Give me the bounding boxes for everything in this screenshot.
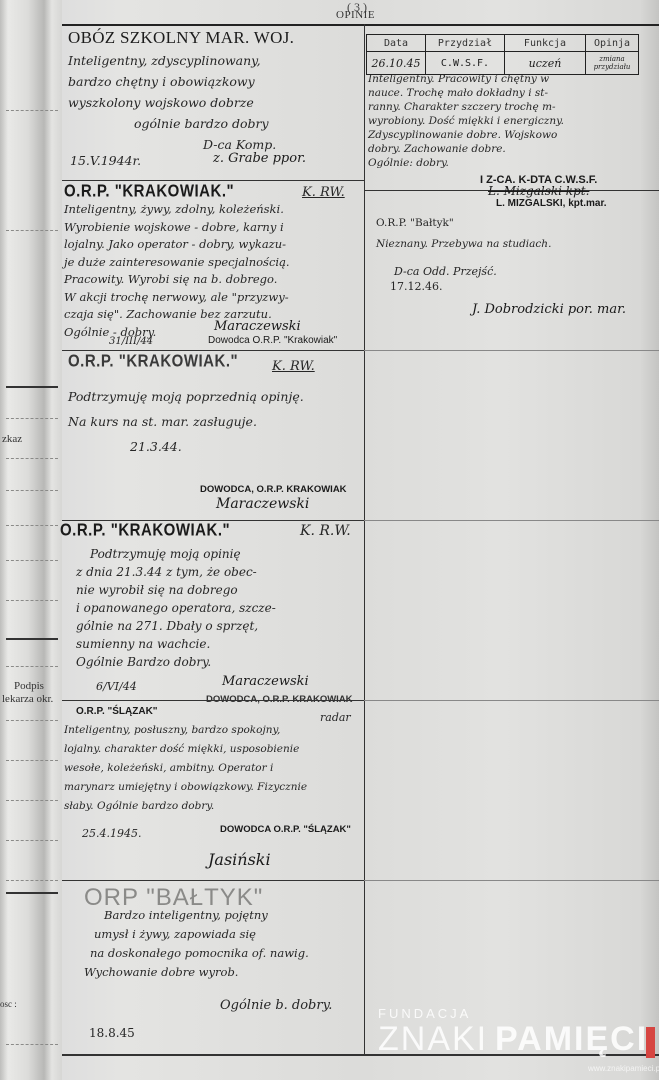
margin-rule <box>6 800 58 801</box>
assignment-table: Data Przydział Funkcja Opinja 26.10.45 C… <box>366 34 639 75</box>
margin-rule-solid <box>6 638 58 640</box>
text-line: marynarz umiejętny i obowiązkowy. Fizycz… <box>64 778 362 797</box>
opinion-entry: O.R.P. "KRAKOWIAK." K. RW. Podtrzymuję m… <box>68 353 362 459</box>
reference-mark: radar <box>320 708 351 727</box>
margin-rule <box>6 760 58 761</box>
opinion-entry: OBÓZ SZKOLNY MAR. WOJ. Inteligentny, zdy… <box>68 28 362 155</box>
text-line: słaby. Ogólnie bardzo dobry. <box>64 797 362 816</box>
entry-date: 31/III/44 <box>109 336 153 348</box>
opinion-entry: ORP "BAŁTYK" Bardzo inteligentny, pojętn… <box>84 884 362 912</box>
margin-rule <box>6 560 58 561</box>
document-page: zkaz Podpis lekarza okr. osc : ( 3 ) OPI… <box>0 0 659 1080</box>
margin-rule <box>6 110 58 111</box>
unit-stamp: OBÓZ SZKOLNY MAR. WOJ. <box>68 28 362 48</box>
text-line: Pracowity. Wyrobi się na b. dobrego. <box>64 271 362 289</box>
row-divider <box>364 700 659 701</box>
entry-date: 18.8.45 <box>89 1024 135 1043</box>
text-line: umysł i żywy, zapowiada się <box>84 925 309 944</box>
entry-date: 6/VI/44 <box>96 677 137 696</box>
text-line: Na kurs na st. mar. zasługuje. <box>68 409 362 434</box>
commander-stamp: DOWODCA, O.R.P. KRAKOWIAK <box>206 694 353 705</box>
signature: L. Mizgalski kpt. <box>488 184 589 198</box>
entry-date: 15.V.1944r. <box>70 151 141 170</box>
text-line: wyrobiony. Dość miękki i energiczny. <box>368 114 656 128</box>
text-line: nie wyrobił się na dobrego <box>76 581 362 599</box>
opinion-text: Inteligentny, zdyscyplinowany, bardzo ch… <box>68 50 362 155</box>
text-line: Bardzo inteligentny, pojętny <box>84 906 309 925</box>
margin-rule <box>6 666 58 667</box>
margin-rule-solid <box>6 892 58 894</box>
signer-name-stamp: L. MIZGALSKI, kpt.mar. <box>496 198 607 209</box>
opinion-text: Podtrzymuję moją opinię z dnia 21.3.44 z… <box>60 545 362 671</box>
commander-stamp: Dowodca O.R.P. "Krakowiak" <box>208 335 337 346</box>
row-divider <box>364 880 659 881</box>
watermark-accent-bar <box>646 1027 655 1058</box>
watermark-line2a: ZNAKI <box>378 1020 488 1059</box>
left-margin-strip <box>0 0 62 1080</box>
text-line: Wyrobienie wojskowe - dobre, karny i <box>64 219 362 237</box>
text-line: gólnie na 271. Dbały o sprzęt, <box>76 617 362 635</box>
opinion-entry: O.R.P. "Bałtyk" Nieznany. Przebywa na st… <box>376 214 656 296</box>
text-line: Podtrzymuję moją poprzednią opinję. <box>68 384 362 409</box>
opinion-text: Inteligentny, żywy, zdolny, koleżeński. … <box>64 201 362 341</box>
margin-rule <box>6 490 58 491</box>
text-line: Inteligentny, posłuszny, bardzo spokojny… <box>64 721 362 740</box>
margin-rule <box>6 458 58 459</box>
general-rating: Ogólnie b. dobry. <box>220 996 332 1015</box>
margin-label-rozkaz: zkaz <box>2 433 22 446</box>
text-line: W akcji trochę nerwowy, ale "przyzwy- <box>64 289 362 307</box>
unit-stamp: O.R.P. "KRAKOWIAK." <box>68 352 362 372</box>
text-line: Wychowanie dobre wyrob. <box>84 963 309 982</box>
signature: J. Dobrodzicki por. mar. <box>472 302 626 317</box>
reference-mark: K. R.W. <box>300 522 351 541</box>
row-divider <box>62 880 364 881</box>
margin-rule <box>6 880 58 881</box>
commander-stamp: DOWODCA O.R.P. "ŚLĄZAK" <box>220 824 351 835</box>
margin-rule <box>6 720 58 721</box>
unit-stamp: O.R.P. "ŚLĄZAK" <box>64 706 362 717</box>
text-line: wyszkolony wojskowo dobrze <box>68 92 362 113</box>
text-line: dobry. Zachowanie dobre. <box>368 142 656 156</box>
text-line: bardzo chętny i obowiązkowy <box>68 71 362 92</box>
opinion-entry: O.R.P. "KRAKOWIAK." K. R.W. Podtrzymuję … <box>60 522 362 671</box>
margin-label-podpis: Podpis <box>14 680 44 693</box>
text-line: Inteligentny, zdyscyplinowany, <box>68 50 362 71</box>
entry-date: 25.4.1945. <box>82 824 141 843</box>
text-line: Inteligentny, żywy, zdolny, koleżeński. <box>64 201 362 219</box>
text-line: Nieznany. Przebywa na studiach. <box>376 235 656 254</box>
opinion-text: Inteligentny, posłuszny, bardzo spokojny… <box>64 721 362 816</box>
watermark-line1: FUNDACJA <box>378 1006 471 1021</box>
text-line: i opanowanego operatora, szcze- <box>76 599 362 617</box>
top-rule <box>62 24 659 26</box>
reference-mark: K. RW. <box>302 183 345 202</box>
column-header: Opinja <box>586 35 639 52</box>
column-divider <box>364 24 365 1054</box>
text-line: Ogólnie: dobry. <box>368 156 656 170</box>
text-line: lojalny. Jako operator - dobry, wykazu- <box>64 236 362 254</box>
signature: z. Grabe ppor. <box>213 151 306 166</box>
signature: Maraczewski <box>222 674 309 689</box>
margin-rule <box>6 840 58 841</box>
text-line: ranny. Charakter szczery trochę m- <box>368 100 656 114</box>
margin-rule <box>6 1044 58 1045</box>
opinion-text: Inteligentny. Pracowity i chętny w nauce… <box>368 72 656 170</box>
column-header: Przydział <box>426 35 505 52</box>
column-header: Data <box>367 35 426 52</box>
opinion-text: Bardzo inteligentny, pojętny umysł i żyw… <box>84 906 309 982</box>
row-divider <box>364 350 659 351</box>
opinion-text: Podtrzymuję moją poprzednią opinję. Na k… <box>68 384 362 459</box>
signature: Maraczewski <box>216 496 309 512</box>
text-line: z dnia 21.3.44 z tym, że obec- <box>76 563 362 581</box>
section-title: OPINIE <box>336 9 375 21</box>
margin-rule <box>6 230 58 231</box>
column-header: Funkcja <box>505 35 586 52</box>
margin-rule <box>6 525 58 526</box>
watermark-url: www.znakipamieci.pl <box>588 1064 659 1073</box>
margin-rule-solid <box>6 386 58 388</box>
signature: Maraczewski <box>214 319 301 334</box>
reference-mark: K. RW. <box>272 357 315 376</box>
entry-date: 17.12.46. <box>376 277 656 296</box>
text-line: czaja się". Zachowanie bez zarzutu. <box>64 306 362 324</box>
margin-label-osc: osc : <box>0 998 17 1011</box>
text-line: nauce. Trochę mało dokładny i st- <box>368 86 656 100</box>
text-line: Zdyscyplinowanie dobre. Wojskowo <box>368 128 656 142</box>
margin-label-lekarza: lekarza okr. <box>2 693 53 706</box>
text-line: na doskonałego pomocnika of. nawig. <box>84 944 309 963</box>
text-line: ogólnie bardzo dobry <box>68 113 362 134</box>
text-line: lojalny. charakter dość miękki, usposobi… <box>64 740 362 759</box>
opinion-entry: O.R.P. "ŚLĄZAK" radar Inteligentny, posł… <box>64 706 362 816</box>
commander-stamp: DOWODCA, O.R.P. KRAKOWIAK <box>200 484 347 495</box>
opinion-entry: O.R.P. "KRAKOWIAK." K. RW. Inteligentny,… <box>64 183 362 341</box>
margin-rule <box>6 600 58 601</box>
row-divider <box>364 520 659 521</box>
opinion-entry: Inteligentny. Pracowity i chętny w nauce… <box>368 72 656 170</box>
unit-name: O.R.P. "Bałtyk" <box>376 214 656 233</box>
text-line: wesołe, koleżeński, ambitny. Operator i <box>64 759 362 778</box>
text-line: Podtrzymuję moją opinię <box>76 545 362 563</box>
signature: Jasiński <box>208 850 271 869</box>
text-line: Ogólnie Bardzo dobry. <box>76 653 362 671</box>
text-line: Inteligentny. Pracowity i chętny w <box>368 72 656 86</box>
entry-date: 21.3.44. <box>68 434 362 459</box>
margin-rule <box>6 418 58 419</box>
text-line: je duże zainteresowanie specjalnością. <box>64 254 362 272</box>
watermark-line2b: PAMIĘCI <box>495 1020 648 1059</box>
text-line: sumienny na wachcie. <box>76 635 362 653</box>
